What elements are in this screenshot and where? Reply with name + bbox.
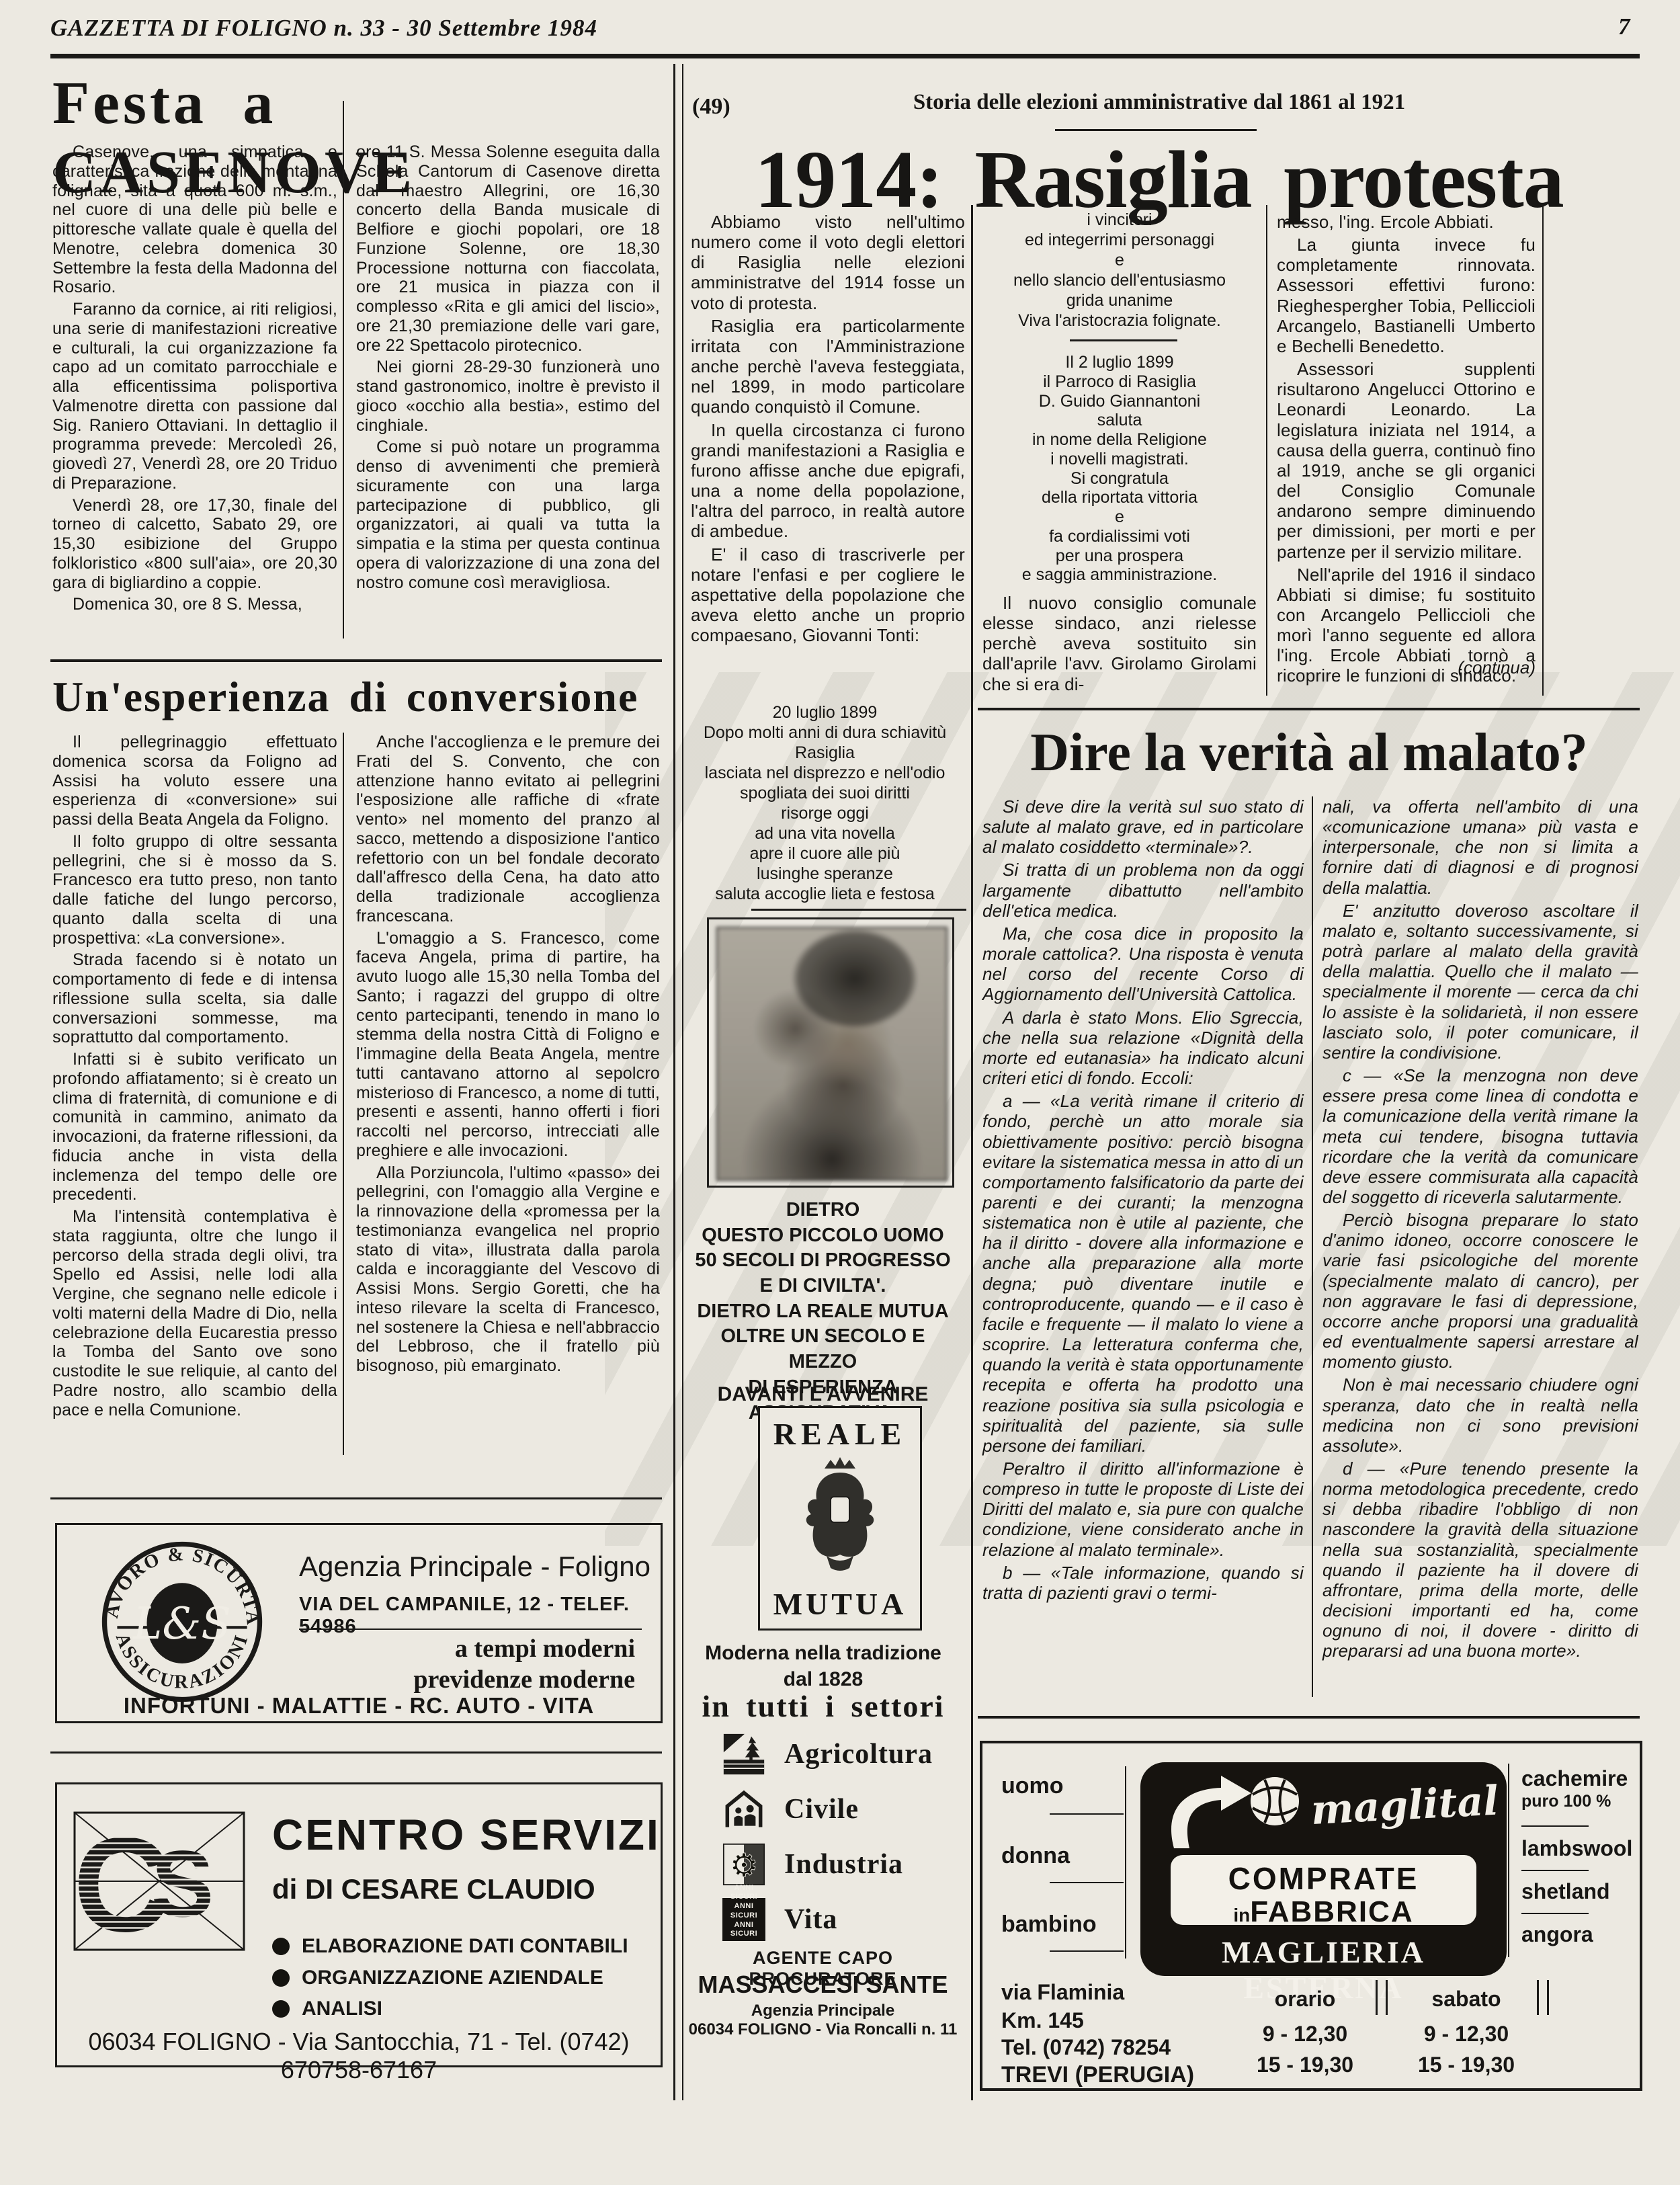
centro-title: CENTRO SERVIZI <box>272 1810 661 1860</box>
cta-line1: COMPRATE <box>1171 1860 1476 1897</box>
article-kicker: (49) <box>692 94 730 120</box>
malato-column-1: Si deve dire la verità sul suo stato di … <box>982 796 1304 1606</box>
divider <box>751 909 966 911</box>
conversione-column-1: Il pellegrinaggio effettuato domenica sc… <box>52 733 337 1422</box>
paragraph: Venerdì 28, ore 17,30, finale del torneo… <box>52 496 337 593</box>
ls-services: INFORTUNI - MALATTIE - RC. AUTO - VITA <box>57 1693 661 1719</box>
ls-agency: Agenzia Principale - Foligno <box>299 1551 650 1583</box>
sector-row: ⚙ Industria <box>722 1843 903 1886</box>
ls-address: VIA DEL CAMPANILE, 12 - TELEF. 54986 <box>299 1594 661 1638</box>
rasiglia-column-2: Il nuovo consiglio comunale elesse sinda… <box>982 593 1257 697</box>
paragraph: a — «La verità rimane il criterio di fon… <box>982 1091 1304 1456</box>
malato-column-2: nali, va offerta nell'ambito di una «com… <box>1322 796 1638 1664</box>
divider <box>971 205 973 2100</box>
agent-agency: Agenzia Principale <box>680 2002 966 2020</box>
paragraph: Nei giorni 28-29-30 funzionerà uno stand… <box>356 358 660 435</box>
centro-subtitle: di DI CESARE CLAUDIO <box>272 1873 595 1905</box>
cta-line2: inFABBRICA <box>1171 1895 1476 1929</box>
cs-letter-s: S <box>151 1831 214 1936</box>
paragraph: Ma l'intensità contemplativa è stata rag… <box>52 1207 337 1419</box>
epigraph-population: 20 luglio 1899 Dopo molti anni di dura s… <box>682 702 968 904</box>
paragraph: Perciò bisogna preparare lo stato d'anim… <box>1322 1210 1638 1372</box>
paragraph: Si tratta di un problema non da oggi lar… <box>982 860 1304 920</box>
paragraph: Faranno da cornice, ai riti religiosi, u… <box>52 300 337 493</box>
agent-address: 06034 FOLIGNO - Via Roncalli n. 11 <box>680 2020 966 2039</box>
bullet-icon <box>272 1938 290 1955</box>
divider <box>50 54 1640 58</box>
divider <box>1521 1870 1589 1871</box>
divider <box>1521 1913 1589 1914</box>
maglital-right-item: cachemire <box>1521 1766 1628 1791</box>
paragraph: Strada facendo si è notato un comportame… <box>52 950 337 1047</box>
list-item: ELABORAZIONE DATI CONTABILI <box>272 1931 628 1963</box>
maglital-right-item: angora <box>1521 1922 1593 1947</box>
maglital-brand: maglital <box>1310 1777 1497 1834</box>
paragraph: Ma, che cosa dice in proposito la morale… <box>982 923 1304 1005</box>
masthead: GAZZETTA DI FOLIGNO n. 33 - 30 Settembre… <box>50 15 597 42</box>
paragraph: d — «Pure tenendo presente la norma meto… <box>1322 1458 1638 1661</box>
bullet-icon <box>272 1969 290 1987</box>
continua-note: (continua) <box>1277 657 1536 678</box>
divider <box>299 1629 642 1630</box>
paragraph: E' anzitutto doveroso ascoltare il malat… <box>1322 901 1638 1063</box>
child-photo <box>716 927 948 1181</box>
maglital-address-line: TREVI (PERUGIA) <box>1001 2062 1194 2088</box>
epigraph-parson: Il 2 luglio 1899 il Parroco di Rasiglia … <box>982 353 1257 585</box>
list-item: ANALISI <box>272 1993 628 2025</box>
divider <box>1070 339 1177 341</box>
paragraph: Anche l'accoglienza e le premure dei Fra… <box>356 733 660 926</box>
divider <box>1508 1764 1509 1957</box>
anni-sicuri-text: ANNI SICURI ANNI SICURI ANNI SICURI <box>722 1884 765 1942</box>
paragraph: Non è mai necessario chiudere ogni spera… <box>1322 1374 1638 1456</box>
paragraph: Assessori supplenti risultarono Angelucc… <box>1277 359 1536 562</box>
paragraph: Alla Porziuncola, l'ultimo «passo» dei p… <box>356 1163 660 1376</box>
page-number: 7 <box>1618 13 1631 40</box>
cs-monogram-icon: C S <box>72 1810 247 1952</box>
divider <box>50 1497 662 1499</box>
divider <box>1376 1980 1388 2015</box>
gear-icon: ⚙ <box>722 1843 765 1886</box>
yarn-arrow-icon: maglital <box>1150 1769 1497 1851</box>
house-family-icon <box>722 1788 765 1831</box>
divider <box>1266 205 1267 696</box>
divider <box>1050 1950 1124 1952</box>
paragraph: Il pellegrinaggio effettuato domenica sc… <box>52 733 337 829</box>
svg-text:⚙: ⚙ <box>730 1847 759 1884</box>
maglital-address-line: Km. 145 <box>1001 2008 1084 2033</box>
paragraph: Il nuovo consiglio comunale elesse sinda… <box>982 593 1257 694</box>
divider <box>343 101 344 638</box>
sector-label: Civile <box>784 1793 859 1825</box>
item-label: ELABORAZIONE DATI CONTABILI <box>302 1935 628 1957</box>
paragraph: E' il caso di trascriverle per notare l'… <box>691 544 965 646</box>
paragraph: In quella circostanza ci furono grandi m… <box>691 420 965 542</box>
reale-logo-bottom: MUTUA <box>760 1586 920 1622</box>
paragraph: messo, l'ing. Ercole Abbiati. <box>1277 212 1536 232</box>
bullet-icon <box>272 2000 290 2018</box>
maglital-left-item: donna <box>1001 1843 1070 1869</box>
schedule-cell: 9 - 12,30 <box>1413 2022 1520 2047</box>
paragraph: La giunta invece fu completamente rinnov… <box>1277 235 1536 356</box>
schedule-header: sabato <box>1413 1987 1520 2012</box>
festa-column-1: Casenove, una simpatica e caratteristica… <box>52 142 337 617</box>
divider <box>1055 129 1257 131</box>
divider <box>343 733 344 1455</box>
paragraph: b — «Tale informazione, quando si tratta… <box>982 1563 1304 1603</box>
sector-label: Agricoltura <box>784 1738 933 1770</box>
paragraph: L'omaggio a S. Francesco, come faceva An… <box>356 929 660 1161</box>
item-label: ORGANIZZAZIONE AZIENDALE <box>302 1967 603 1989</box>
series-subtitle: Storia delle elezioni amministrative dal… <box>739 90 1579 115</box>
paragraph: Infatti si è subito verificato un profon… <box>52 1050 337 1204</box>
divider <box>978 1716 1640 1719</box>
divider <box>50 659 662 662</box>
paragraph: nali, va offerta nell'ambito di una «com… <box>1322 796 1638 898</box>
photo-frame <box>707 917 954 1188</box>
article-title-malato: Dire la verità al malato? <box>980 723 1638 784</box>
paragraph: Peraltro il diritto all'informazione è c… <box>982 1458 1304 1560</box>
divider <box>1125 1766 1126 1959</box>
centro-address: 06034 FOLIGNO - Via Santocchia, 71 - Tel… <box>57 2028 661 2084</box>
reale-logo-top: REALE <box>760 1416 920 1452</box>
paragraph: Casenove, una simpatica e caratteristica… <box>52 142 337 297</box>
newspaper-page: GAZZETTA DI FOLIGNO n. 33 - 30 Settembre… <box>0 0 1680 2185</box>
sector-label: Industria <box>784 1848 903 1881</box>
sector-row: ANNI SICURI ANNI SICURI ANNI SICURI Vita <box>722 1898 837 1941</box>
divider <box>50 1751 662 1754</box>
maglital-logo-panel: maglital COMPRATE inFABBRICA MAGLIERIA E… <box>1140 1762 1507 1976</box>
paragraph: Il folto gruppo di oltre sessanta pelleg… <box>52 832 337 948</box>
paragraph: Domenica 30, ore 8 S. Messa, <box>52 595 337 614</box>
article-title-conversione: Un'esperienza di conversione <box>52 672 661 722</box>
agent-name: MASSACCESI SANTE <box>680 1971 966 1999</box>
paragraph: A darla è stato Mons. Elio Sgreccia, che… <box>982 1007 1304 1089</box>
paragraph: Come si può notare un programma denso di… <box>356 438 660 592</box>
divider <box>1312 796 1313 1697</box>
centro-servizi-ad: C S CENTRO SERVIZI di DI CESARE CLAUDIO … <box>55 1782 663 2067</box>
paragraph: c — «Se la menzogna non deve essere pres… <box>1322 1065 1638 1207</box>
schedule-cell: 15 - 19,30 <box>1413 2053 1520 2077</box>
rasiglia-column-3: messo, l'ing. Ercole Abbiati. La giunta … <box>1277 212 1536 689</box>
maglital-address-line: via Flaminia <box>1001 1980 1124 2005</box>
maglital-right-item: puro 100 % <box>1521 1792 1611 1811</box>
ls-slogan: a tempi moderni previdenze moderne <box>339 1634 635 1695</box>
field-tree-icon <box>722 1733 765 1776</box>
paragraph: Abbiamo visto nell'ultimo numero come il… <box>691 212 965 313</box>
maglital-left-item: bambino <box>1001 1911 1097 1938</box>
reale-mutua-logo: REALE MUTUA <box>758 1406 922 1631</box>
paragraph: Rasiglia era particolarmente irritata co… <box>691 316 965 417</box>
paragraph: ore 11 S. Messa Solenne eseguita dalla S… <box>356 142 660 355</box>
schedule-cell: 9 - 12,30 <box>1251 2022 1359 2047</box>
divider <box>1521 1825 1589 1827</box>
list-item: ORGANIZZAZIONE AZIENDALE <box>272 1963 628 1994</box>
anni-sicuri-icon: ANNI SICURI ANNI SICURI ANNI SICURI <box>722 1898 765 1941</box>
ls-ad: LAVORO & SICURTA' ASSICURAZIONI L&S Agen… <box>55 1523 663 1723</box>
centro-items: ELABORAZIONE DATI CONTABILI ORGANIZZAZIO… <box>272 1931 628 2025</box>
festa-column-2: ore 11 S. Messa Solenne eseguita dalla S… <box>356 142 660 595</box>
reale-motto: Moderna nella tradizione dal 1828 <box>692 1640 954 1692</box>
schedule-cell: 15 - 19,30 <box>1251 2053 1359 2077</box>
sector-row: Agricoltura <box>722 1733 933 1776</box>
divider <box>1050 1813 1124 1815</box>
item-label: ANALISI <box>302 1997 382 2020</box>
ls-monogram: L&S <box>132 1599 231 1649</box>
maglital-right-item: shetland <box>1521 1879 1610 1904</box>
cta-fabbrica: FABBRICA <box>1250 1895 1413 1928</box>
cta-in: in <box>1233 1905 1250 1926</box>
maglital-address-line: Tel. (0742) 78254 <box>1001 2035 1171 2060</box>
comprate-cta: COMPRATE inFABBRICA <box>1171 1855 1476 1925</box>
sector-row: Civile <box>722 1788 859 1831</box>
sectors-title: in tutti i settori <box>692 1688 954 1724</box>
divider <box>1050 1882 1124 1883</box>
ls-monogram-icon: LAVORO & SICURTA' ASSICURAZIONI L&S <box>97 1537 267 1706</box>
divider <box>1542 205 1544 696</box>
maglital-right-item: lambswool <box>1521 1836 1632 1861</box>
maglital-ad: uomo donna bambino maglital COMPRATE inF… <box>980 1741 1642 2091</box>
reale-tagline-2: DAVANTI L'AVVENIRE <box>687 1383 959 1406</box>
maglital-left-item: uomo <box>1001 1773 1064 1799</box>
paragraph: Si deve dire la verità sul suo stato di … <box>982 796 1304 857</box>
conversione-column-2: Anche l'accoglienza e le premure dei Fra… <box>356 733 660 1378</box>
divider <box>978 708 1640 710</box>
divider <box>682 64 683 2100</box>
schedule-header: orario <box>1251 1987 1359 2012</box>
divider <box>673 64 675 2100</box>
reale-mutua-crest-icon <box>796 1455 884 1583</box>
divider <box>1537 1980 1549 2015</box>
epigraph-population-2: i vincitori ed integerrimi personaggi e … <box>982 210 1257 331</box>
rasiglia-column-1: Abbiamo visto nell'ultimo numero come il… <box>691 212 965 648</box>
sector-label: Vita <box>784 1903 837 1936</box>
